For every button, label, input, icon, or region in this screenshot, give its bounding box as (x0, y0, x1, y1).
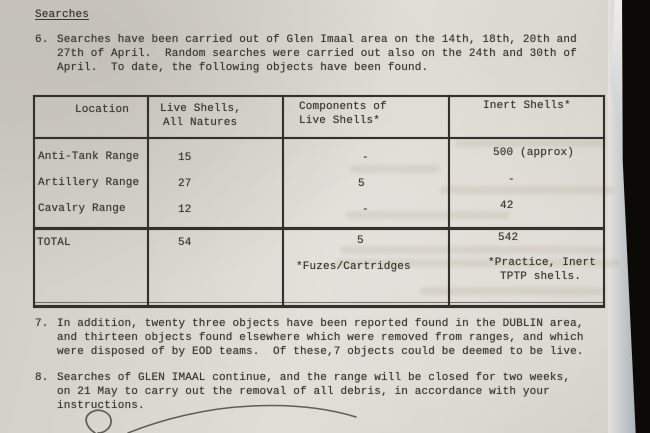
cell-live-shells: 27 (178, 177, 192, 191)
paragraph-6-line-2: 27th of April. Random searches were carr… (57, 47, 577, 61)
table-column-divider-3 (448, 95, 450, 307)
paragraph-6-line-3: April. To date, the following objects ha… (57, 61, 428, 75)
cell-inert: 42 (500, 199, 514, 213)
paragraph-6-line-1: Searches have been carried out of Glen I… (57, 33, 577, 47)
bleed-through-mark (340, 246, 605, 254)
column-header-location: Location (75, 103, 129, 117)
table-bottom-border-thin (33, 302, 605, 303)
cell-total-live-shells: 54 (178, 236, 192, 250)
cell-location: Artillery Range (38, 176, 139, 190)
footnote-components: *Fuzes/Cartridges (296, 260, 411, 274)
table-column-divider-1 (147, 95, 149, 307)
paragraph-7-number: 7. (35, 317, 49, 331)
cell-location: Anti-Tank Range (38, 150, 139, 164)
cell-components: 5 (358, 177, 365, 191)
table-right-border (603, 95, 605, 307)
bleed-through-mark (345, 211, 510, 219)
table-left-border (33, 95, 35, 307)
table-column-divider-2 (282, 95, 284, 307)
bleed-through-mark (350, 165, 440, 173)
paragraph-8-line-3: instructions. (57, 399, 145, 413)
cell-live-shells: 12 (178, 203, 192, 217)
cell-components: - (362, 151, 369, 165)
paragraph-8-line-2: on 21 May to carry out the removal of al… (57, 385, 550, 399)
column-header-live-shells-1: Live Shells, (160, 102, 241, 116)
table-header-separator (33, 137, 605, 139)
section-heading: Searches (35, 8, 89, 22)
paragraph-8-number: 8. (35, 371, 49, 385)
cell-total-components: 5 (357, 234, 364, 248)
column-header-components-2: Live Shells* (299, 114, 380, 128)
table-total-separator (33, 227, 605, 230)
paragraph-7-line-1: In addition, twenty three objects have b… (57, 317, 584, 331)
cell-inert: 500 (approx) (493, 146, 574, 160)
column-header-inert-shells: Inert Shells* (483, 99, 571, 113)
cell-live-shells: 15 (178, 151, 192, 165)
paragraph-7-line-2: and thirteen objects found elsewhere whi… (57, 331, 584, 345)
cell-total-inert: 542 (498, 231, 518, 245)
column-header-live-shells-2: All Natures (163, 116, 237, 130)
paragraph-6-number: 6. (35, 33, 49, 47)
cell-total-label: TOTAL (37, 236, 71, 250)
table-top-border (33, 95, 605, 97)
bleed-through-mark (440, 186, 615, 194)
cell-inert: - (508, 173, 515, 187)
table-bottom-border (33, 305, 605, 308)
cell-components: - (362, 203, 369, 217)
cell-location: Cavalry Range (38, 202, 126, 216)
paragraph-7-line-3: were disposed of by EOD teams. Of these,… (57, 345, 584, 359)
footnote-inert-line-1: *Practice, Inert (488, 256, 596, 270)
paragraph-8-line-1: Searches of GLEN IMAAL continue, and the… (57, 371, 570, 385)
column-header-components-1: Components of (299, 100, 387, 114)
footnote-inert-line-2: TPTP shells. (500, 270, 581, 284)
